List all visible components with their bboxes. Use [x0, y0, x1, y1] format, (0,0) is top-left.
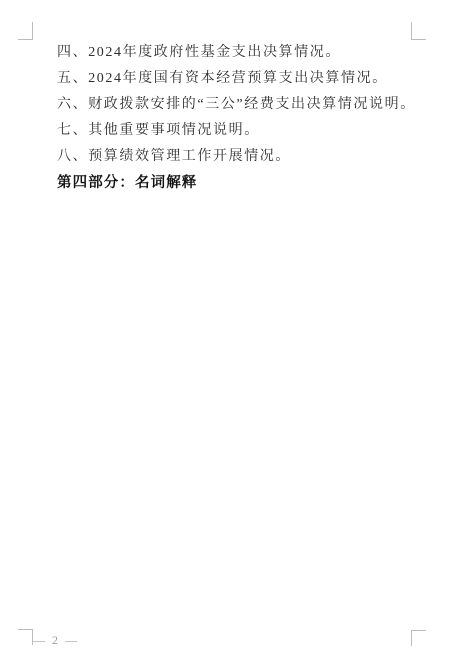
crop-mark-bottom-right-icon	[411, 630, 426, 646]
page-number: — 2 —	[33, 633, 79, 648]
list-item: 七、其他重要事项情况说明。	[33, 118, 411, 144]
list-item: 五、2024年度国有资本经营预算支出决算情况。	[33, 66, 411, 92]
list-item: 六、财政拨款安排的“三公”经费支出决算情况说明。	[33, 92, 411, 118]
crop-mark-bottom-left-icon	[18, 629, 33, 645]
document-page: 四、2024年度政府性基金支出决算情况。 五、2024年度国有资本经营预算支出决…	[0, 0, 453, 668]
crop-mark-top-left-icon	[18, 22, 33, 40]
document-body: 四、2024年度政府性基金支出决算情况。 五、2024年度国有资本经营预算支出决…	[33, 40, 411, 196]
crop-mark-top-right-icon	[411, 22, 426, 40]
list-item: 八、预算绩效管理工作开展情况。	[33, 144, 411, 170]
section-heading: 第四部分：名词解释	[33, 170, 411, 196]
list-item: 四、2024年度政府性基金支出决算情况。	[33, 40, 411, 66]
